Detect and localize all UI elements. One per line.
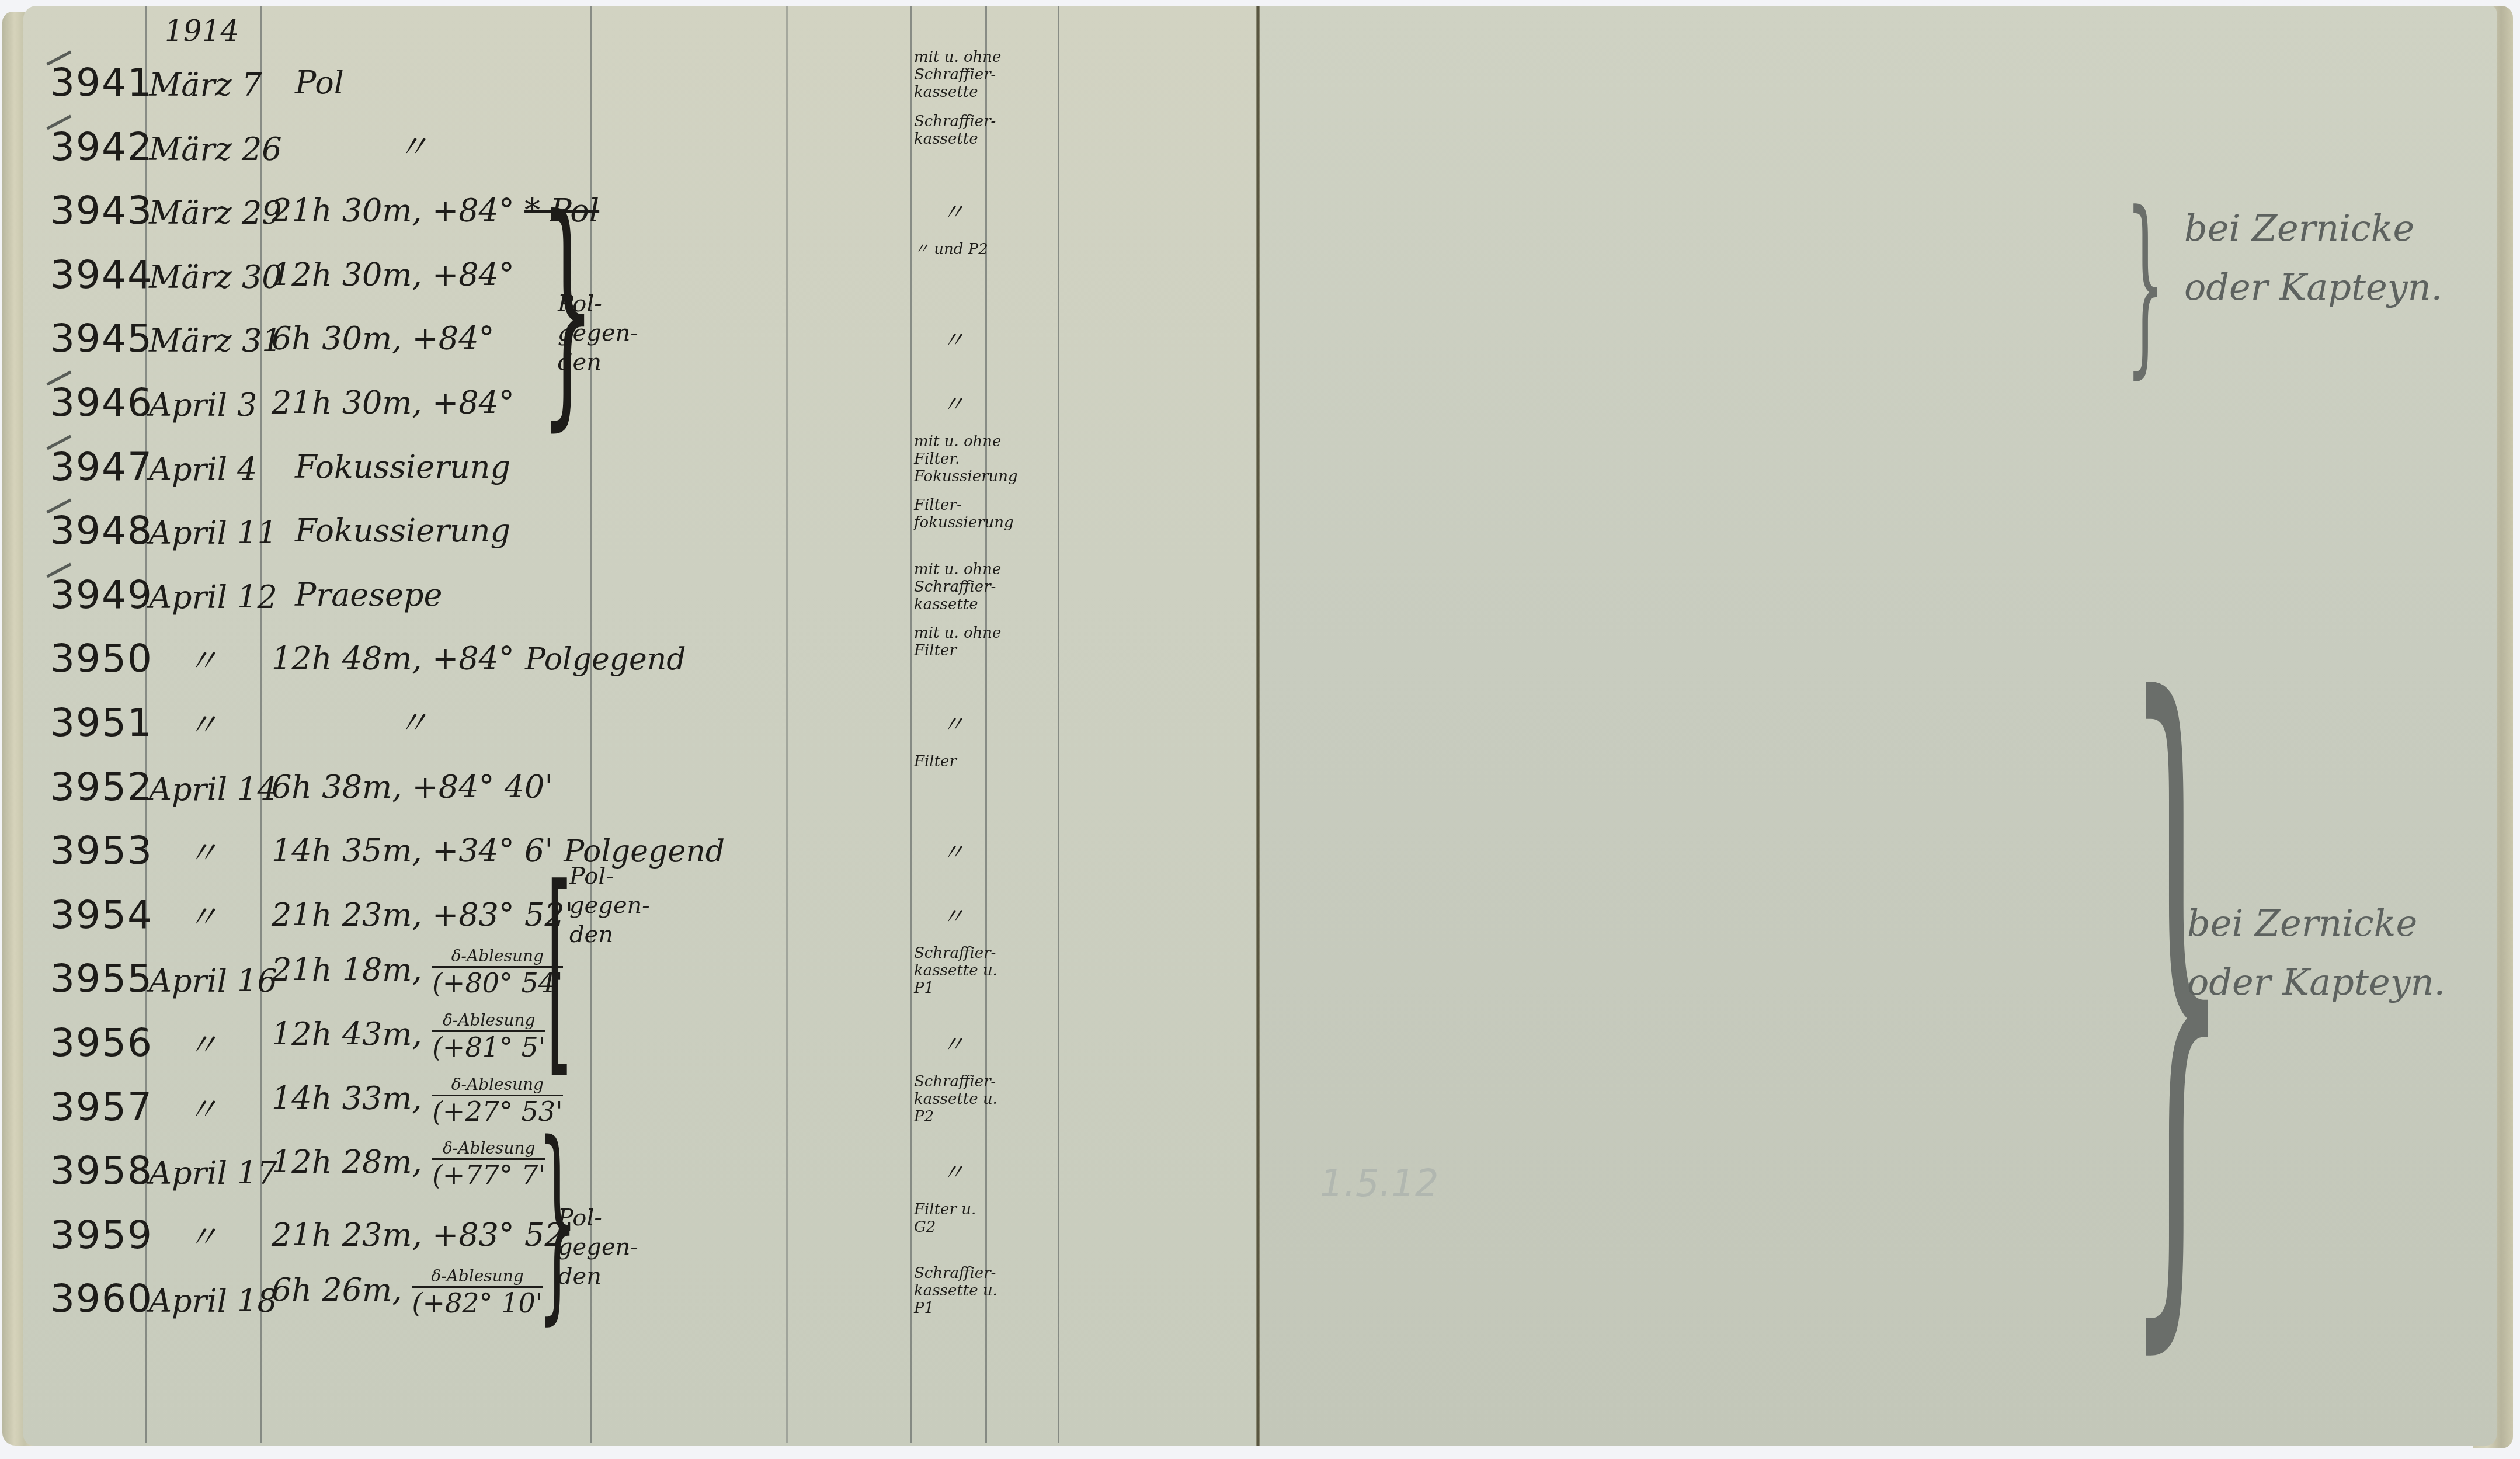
plate-number: 3955 [50,960,153,998]
bracket-label-pol-gegen-den-3: Pol-gegen-den [558,1203,610,1291]
object-field: 6h 38m, +84° 40' [272,772,553,803]
right-annotation-upper-line2: oder Kapteyn. [2184,266,2442,308]
object-text: 6h 30m, +84° [272,320,495,357]
object-text: 21h 30m, +84° [272,192,515,229]
column-rule [1058,6,1059,1443]
object-text: Fokussierung [295,449,510,485]
plate-number: 3958 [50,1152,153,1190]
observation-date: April 16 [149,965,277,997]
note-ditto: 〃 [941,1161,965,1184]
right-annotation-lower-line2: oder Kapteyn. [2187,961,2445,1003]
exposure-note: 〃 und P2 [914,241,1002,258]
right-annotation-lower: bei Zernicke oder Kapteyn. [2187,902,2445,1003]
object-field: 21h 30m, +84° [272,387,515,419]
object-field: 〃 [397,131,429,163]
delta-label: δ-Ablesung [432,1140,546,1160]
object-field: 12h 28m, δ-Ablesung(+77° 7' [272,1140,545,1189]
delta-reading: δ-Ablesung(+80° 54' [432,948,563,996]
date-ditto: 〃 [187,645,218,677]
right-bracket-upper: } [2126,187,2165,380]
object-text: 〃 [397,704,429,741]
object-field: 14h 35m, +34° 6'Polgegend [272,835,725,867]
delta-reading: δ-Ablesung(+81° 5' [432,1012,546,1061]
plate-number: 3954 [50,896,153,935]
delta-reading: δ-Ablesung(+82° 10' [412,1268,543,1316]
object-ra: 12h 43m, [272,1016,432,1052]
column-rule [786,6,788,1443]
plate-number: 3946 [50,384,153,422]
plate-number: 3950 [50,640,153,678]
object-field: 〃 [397,707,429,739]
date-ditto: 〃 [187,838,218,869]
object-text: Fokussierung [295,512,510,549]
plate-number: 3956 [50,1024,153,1062]
delta-value: (+82° 10' [412,1290,543,1316]
delta-label: δ-Ablesung [412,1268,543,1288]
plate-number: 3949 [50,576,153,614]
date-ditto: 〃 [187,710,218,741]
observation-date: März 29 [149,197,282,229]
right-annotation-upper-line1: bei Zernicke [2184,207,2442,249]
note-ditto: 〃 [941,1033,965,1057]
exposure-note: Schraffier-kassette u. P2 [914,1073,1002,1125]
polgegend-margin-note: Polgegend [525,642,686,677]
object-field: 12h 48m, +84°Polgegend [272,643,686,675]
observation-date: März 30 [149,262,282,293]
object-field: 21h 23m, +83° 52' [272,1220,573,1251]
plate-number: 3957 [50,1088,153,1127]
bracket-3953-3956: [ [546,859,572,1081]
plate-number: 3944 [50,256,153,294]
object-field: 21h 23m, +83° 52' [272,899,573,931]
date-ditto: 〃 [187,1030,218,1061]
object-field: 21h 18m, δ-Ablesung(+80° 54' [272,948,563,996]
observation-date: März 7 [149,70,262,101]
plate-number: 3947 [50,448,153,487]
delta-label: δ-Ablesung [432,948,563,968]
plate-number: 3943 [50,192,153,230]
show-through-text: 1.5.12 [1320,1162,1439,1206]
object-text: Pol [295,64,344,101]
plate-number: 3952 [50,768,153,807]
observation-date: April 3 [149,390,257,421]
exposure-note: Filter-fokussierung [914,496,1002,532]
object-text: Praesepe [295,576,443,613]
plate-number: 3953 [50,832,153,870]
delta-value: (+81° 5' [432,1034,546,1061]
date-ditto: 〃 [187,902,218,933]
object-field: Fokussierung [295,515,510,547]
object-field: 14h 33m, δ-Ablesung(+27° 53' [272,1076,563,1125]
observation-date: März 31 [149,325,282,357]
object-text: 21h 23m, +83° 52' [272,897,573,933]
exposure-note: mit u. ohne Schraffier-kassette [914,48,1002,101]
object-field: 6h 26m, δ-Ablesung(+82° 10' [272,1268,543,1316]
exposure-note: mit u. ohne Schraffier-kassette [914,561,1002,613]
book-gutter [1256,6,1260,1446]
bracket-label-pol-gegen-den-1: Pol-gegen-den [558,289,604,377]
object-text: 21h 23m, +83° 52' [272,1217,573,1253]
delta-value: (+80° 54' [432,970,563,996]
observation-date: April 11 [149,517,277,549]
object-ra: 6h 26m, [272,1272,412,1308]
object-text: 6h 38m, +84° 40' [272,769,553,805]
object-field: Pol [295,67,344,99]
exposure-note: Schraffier-kassette [914,113,1002,148]
object-text: 21h 30m, +84° [272,384,515,421]
exposure-note: mit u. ohne Filter. Fokussierung [914,433,1002,485]
note-ditto: 〃 [941,393,965,416]
exposure-note: Schraffier-kassette u. P1 [914,1265,1002,1317]
object-field: Praesepe [295,579,443,611]
object-text: 14h 35m, +34° 6' [272,832,553,869]
logbook-spread: 1914 3941März 7Polmit u. ohne Schraffier… [0,0,2520,1459]
plate-number: 3960 [50,1280,153,1318]
date-ditto: 〃 [187,1222,218,1253]
note-ditto: 〃 [941,201,965,224]
right-annotation-lower-line1: bei Zernicke [2187,902,2445,944]
plate-number: 3951 [50,704,153,742]
observation-date: März 26 [149,134,282,165]
object-ra: 14h 33m, [272,1080,432,1117]
plate-number: 3948 [50,512,153,550]
object-field: 6h 30m, +84° [272,323,495,355]
plate-number: 3942 [50,128,153,166]
object-text: 12h 30m, +84° [272,256,515,293]
observation-date: April 4 [149,454,257,485]
note-ditto: 〃 [941,841,965,864]
plate-number: 3959 [50,1216,153,1255]
delta-label: δ-Ablesung [432,1012,546,1032]
exposure-note: Filter [914,753,1002,770]
exposure-note: Schraffier-kassette u. P1 [914,944,1002,997]
object-field: 12h 30m, +84° [272,259,515,291]
note-ditto: 〃 [941,905,965,929]
plate-number: 3941 [50,64,153,102]
delta-value: (+77° 7' [432,1162,546,1189]
plate-number: 3945 [50,319,153,358]
year-header: 1914 [165,16,239,46]
delta-label: δ-Ablesung [432,1076,563,1096]
observation-date: April 12 [149,582,277,613]
observation-date: April 18 [149,1286,277,1317]
object-field: Fokussierung [295,451,510,483]
observation-date: April 14 [149,774,277,805]
object-field: 12h 43m, δ-Ablesung(+81° 5' [272,1012,545,1061]
note-ditto: 〃 [941,329,965,352]
exposure-note: Filter u. G2 [914,1201,1002,1236]
object-text: 12h 48m, +84° [272,640,515,677]
exposure-note: mit u. ohne Filter [914,624,1002,659]
column-rule [910,6,912,1443]
note-ditto: 〃 [941,713,965,737]
right-annotation-upper: bei Zernicke oder Kapteyn. [2184,207,2442,308]
object-text: 〃 [397,128,429,165]
bracket-label-pol-gegen-den-2: Pol-gegen-den [569,861,616,949]
object-ra: 12h 28m, [272,1144,432,1180]
observation-date: April 17 [149,1158,277,1189]
date-ditto: 〃 [187,1094,218,1125]
object-ra: 21h 18m, [272,951,432,988]
delta-reading: δ-Ablesung(+77° 7' [432,1140,546,1189]
